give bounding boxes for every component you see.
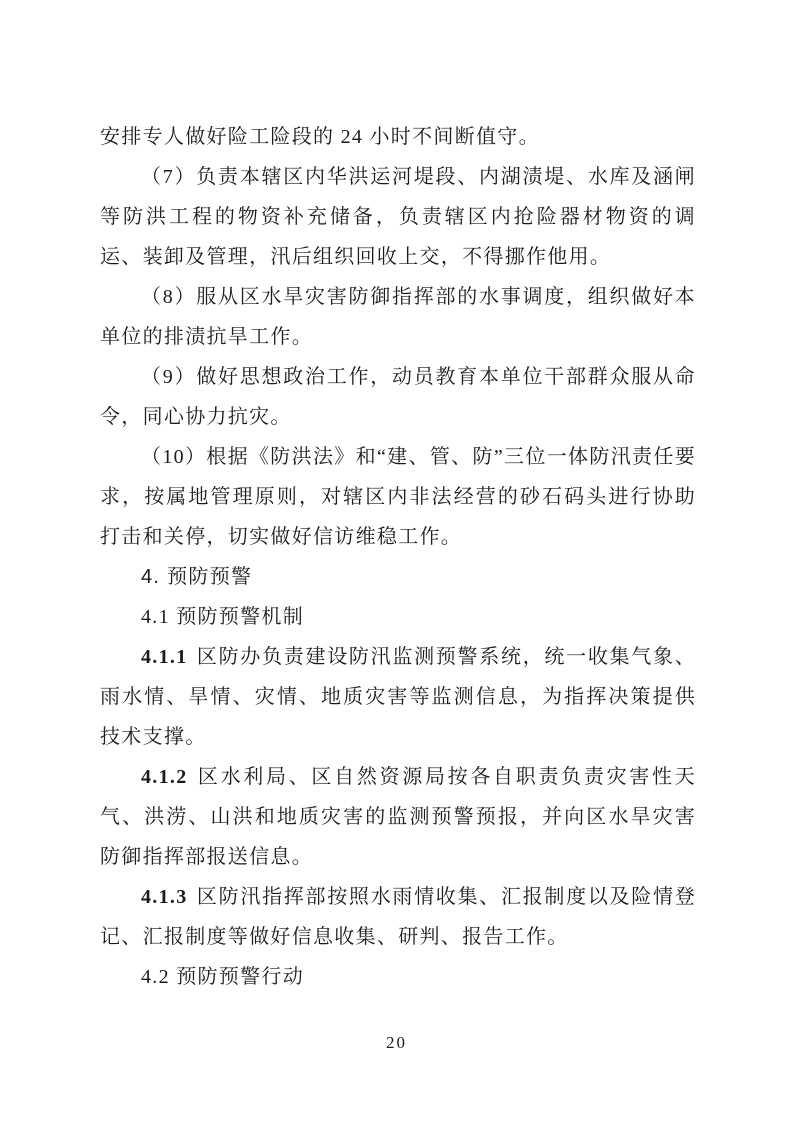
clause-4-1-3-text: 区防汛指挥部按照水雨情收集、汇报制度以及险情登记、汇报制度等做好信息收集、研判、… — [100, 886, 696, 948]
document-page: 安排专人做好险工险段的 24 小时不间断值守。 （7）负责本辖区内华洪运河堤段、… — [0, 0, 793, 1122]
clause-4-1-2-text: 区水利局、区自然资源局按各自职责负责灾害性天气、洪涝、山洪和地质灾害的监测预警预… — [100, 766, 696, 868]
clause-4-1-2: 4.1.2区水利局、区自然资源局按各自职责负责灾害性天气、洪涝、山洪和地质灾害的… — [100, 757, 696, 877]
clause-4-1-1-number: 4.1.1 — [141, 646, 188, 668]
clause-4-1-2-number: 4.1.2 — [141, 766, 188, 788]
paragraph-continuation: 安排专人做好险工险段的 24 小时不间断值守。 — [100, 117, 696, 157]
list-item-9: （9）做好思想政治工作，动员教育本单位干部群众服从命令，同心协力抗灾。 — [100, 357, 696, 437]
list-item-10: （10）根据《防洪法》和“建、管、防”三位一体防汛责任要求，按属地管理原则，对辖… — [100, 437, 696, 557]
list-item-7: （7）负责本辖区内华洪运河堤段、内湖渍堤、水库及涵闸等防洪工程的物资补充储备，负… — [100, 157, 696, 277]
page-number: 20 — [0, 1028, 793, 1058]
list-item-8: （8）服从区水旱灾害防御指挥部的水事调度，组织做好本单位的排渍抗旱工作。 — [100, 277, 696, 357]
section-heading-4: 4. 预防预警 — [100, 557, 696, 597]
page-content: 安排专人做好险工险段的 24 小时不间断值守。 （7）负责本辖区内华洪运河堤段、… — [100, 117, 696, 997]
clause-4-1-1: 4.1.1区防办负责建设防汛监测预警系统，统一收集气象、雨水情、旱情、灾情、地质… — [100, 637, 696, 757]
clause-4-1-1-text: 区防办负责建设防汛监测预警系统，统一收集气象、雨水情、旱情、灾情、地质灾害等监测… — [100, 646, 696, 748]
clause-4-1-3: 4.1.3区防汛指挥部按照水雨情收集、汇报制度以及险情登记、汇报制度等做好信息收… — [100, 877, 696, 957]
subsection-heading-4-2: 4.2 预防预警行动 — [100, 957, 696, 997]
subsection-heading-4-1: 4.1 预防预警机制 — [100, 597, 696, 637]
clause-4-1-3-number: 4.1.3 — [141, 886, 188, 908]
